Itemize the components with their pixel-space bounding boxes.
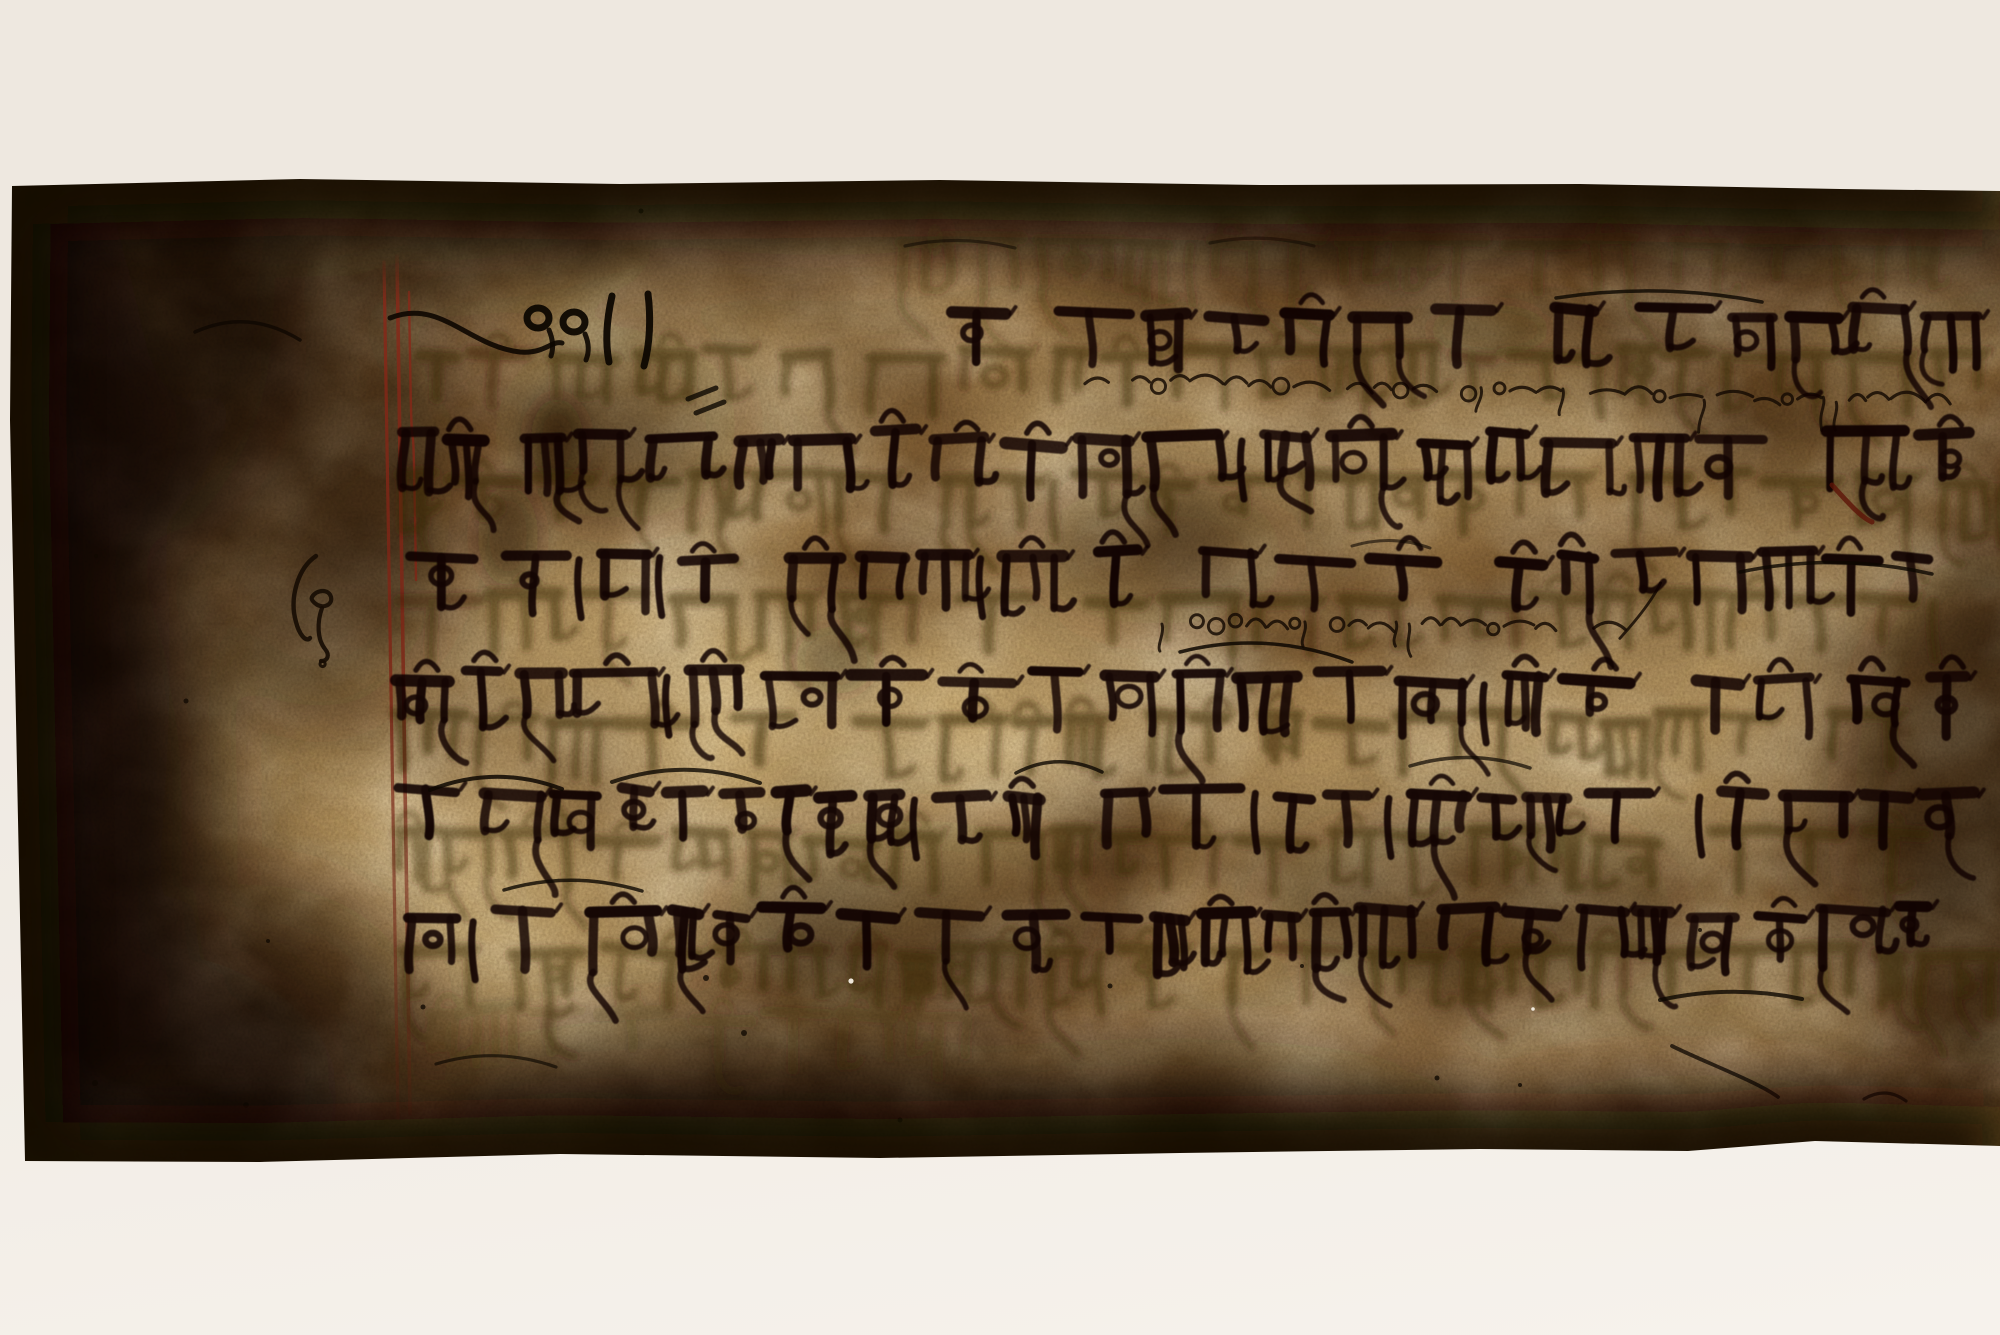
- photo-stage: Backlit photograph of a Tibetan pecha ma…: [0, 0, 2000, 1335]
- manuscript-folio: [0, 30, 2000, 1250]
- manuscript-photo: [0, 0, 2000, 1335]
